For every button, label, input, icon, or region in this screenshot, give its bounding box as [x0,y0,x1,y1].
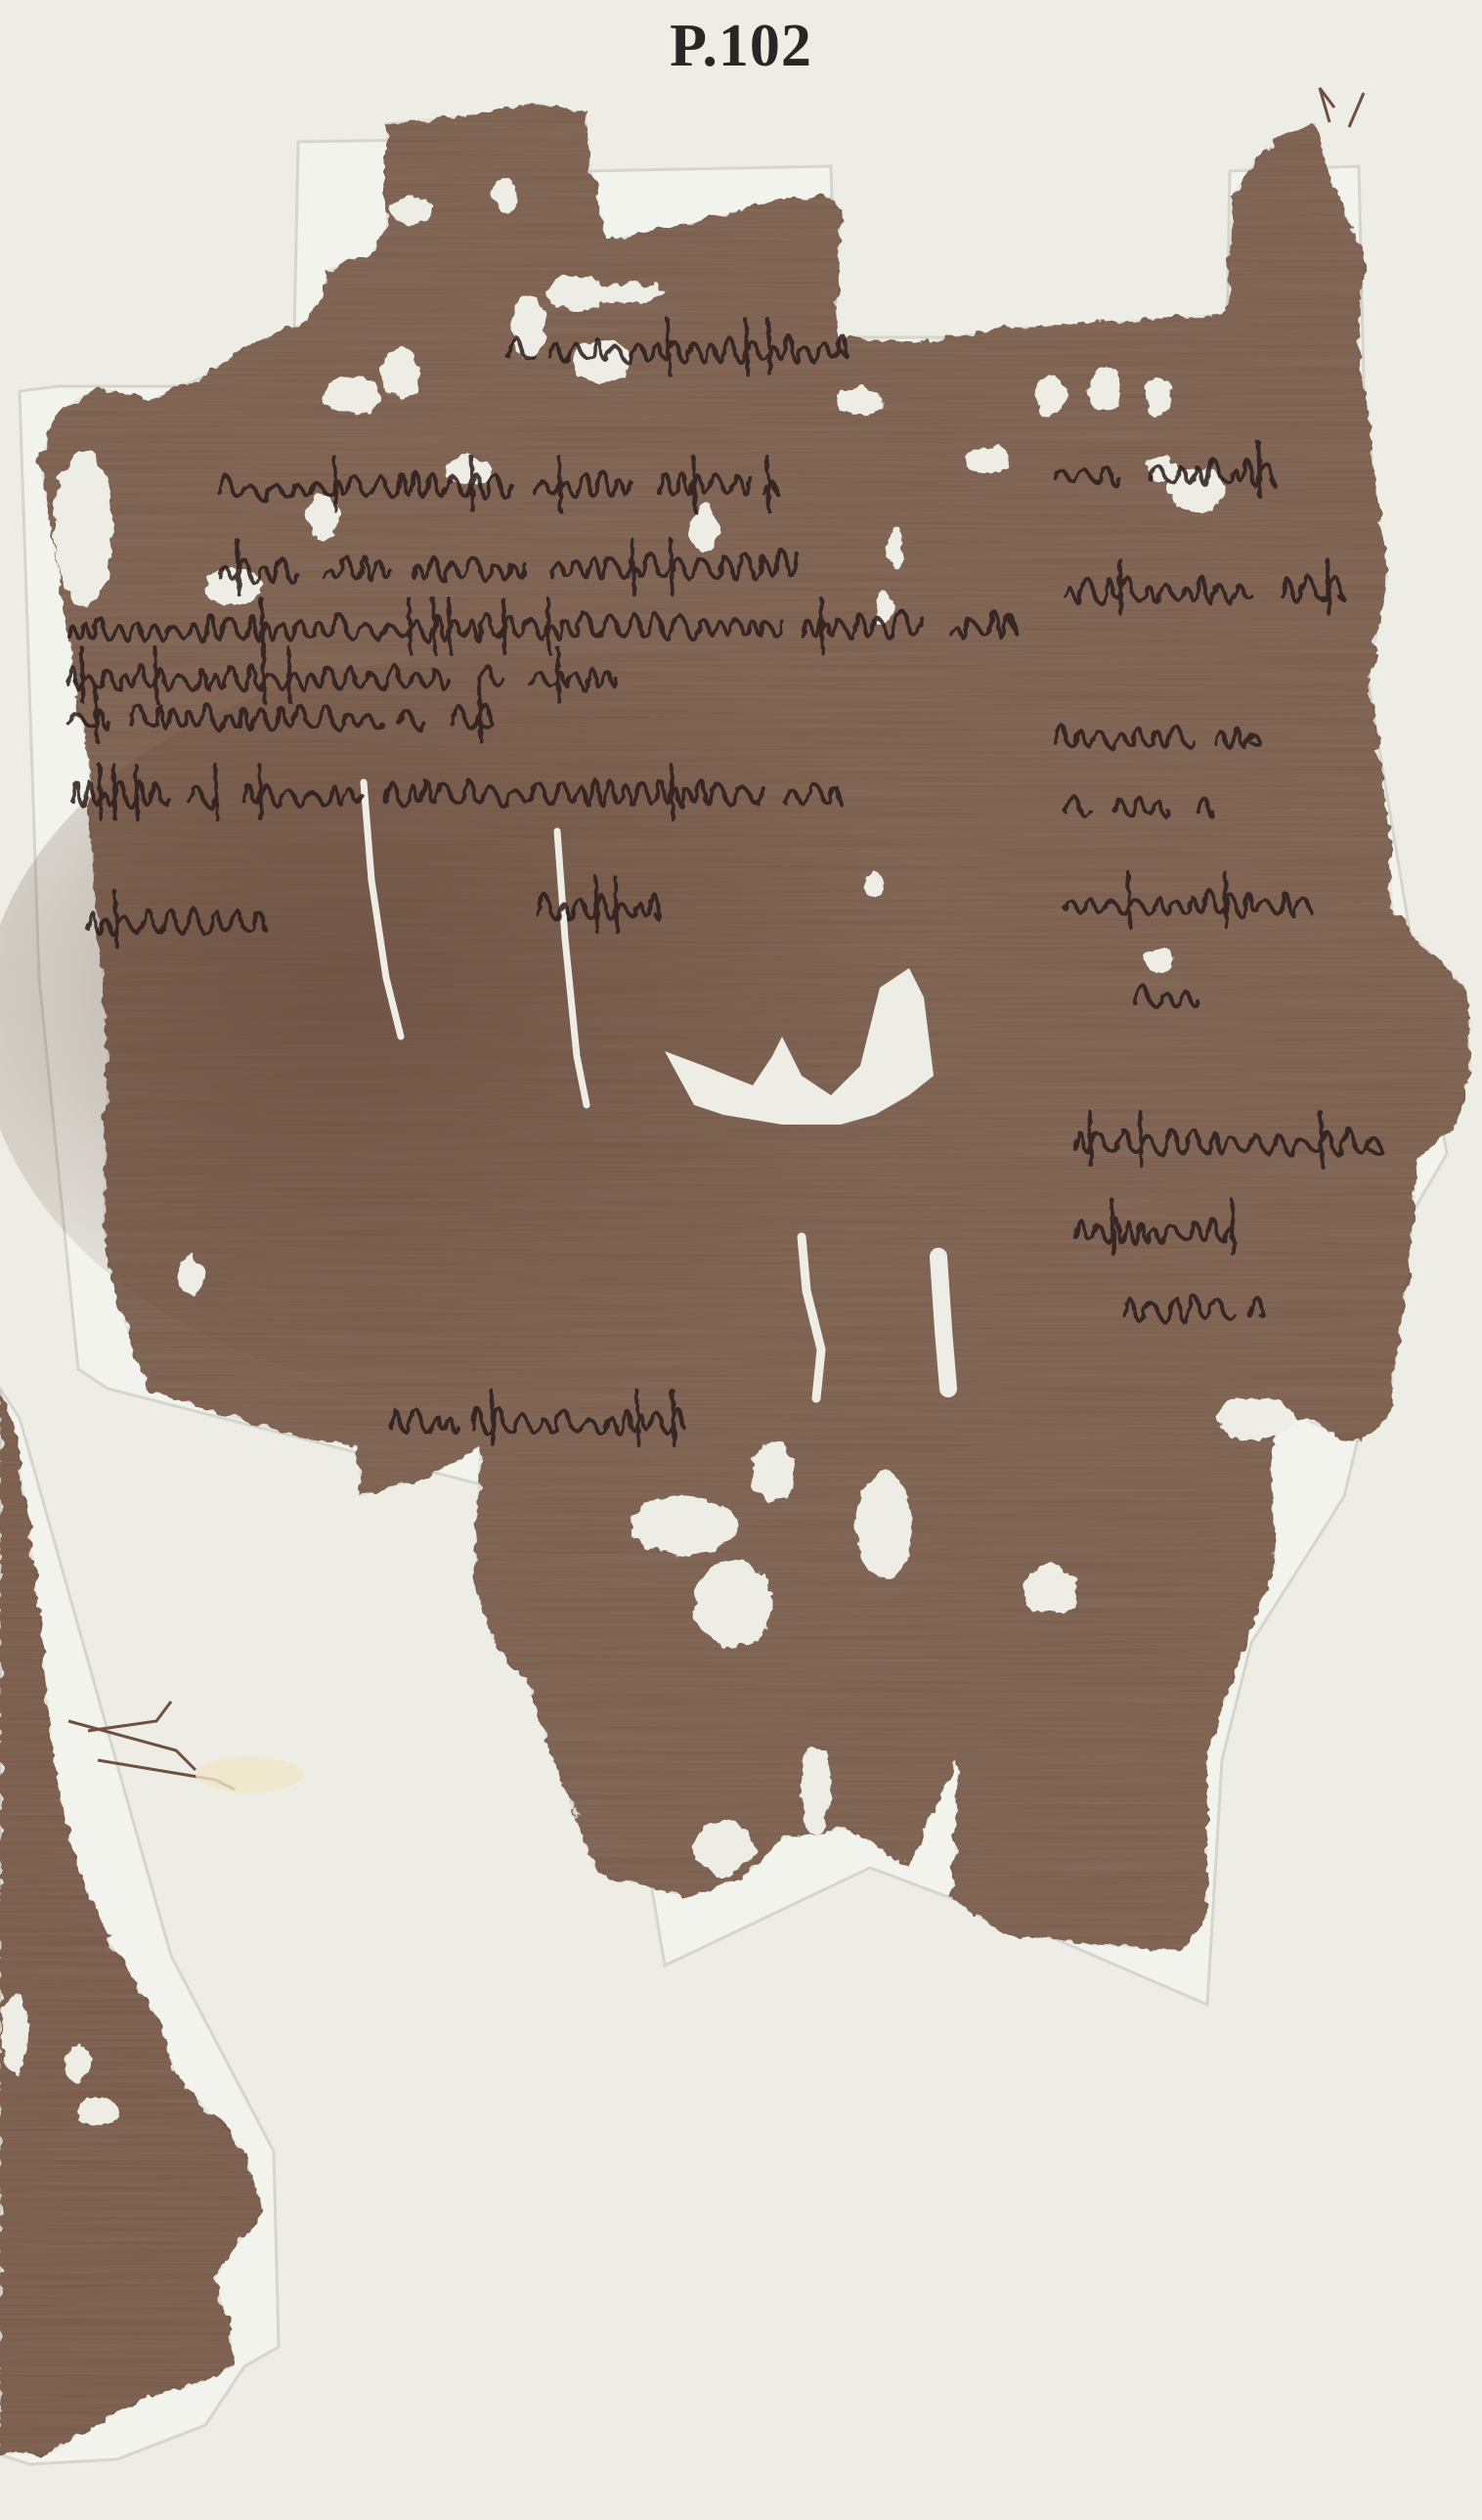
lacuna-hole [179,1255,202,1298]
adhesive-stain [196,1757,303,1792]
lacuna-hole [966,446,1009,473]
lacuna-hole [694,1560,772,1648]
lacuna-hole [76,2099,119,2126]
lacuna-hole [751,1442,794,1501]
papyrus-crack [938,1257,948,1389]
lacuna-hole [54,450,112,606]
papyrus-dark-stain [0,655,997,1398]
lacuna-hole [65,2044,92,2083]
lacuna-hole [1024,1565,1078,1614]
lacuna-hole [510,298,545,357]
lacuna-hole [307,495,338,542]
lacuna-hole [389,196,432,225]
lacuna-hole [1217,1396,1295,1439]
lacuna-hole [865,873,885,897]
lacuna-hole [207,567,262,606]
lacuna-hole [1037,376,1065,416]
papyrus-photograph [0,0,1482,2520]
lacuna-hole [490,178,517,213]
lacuna-hole [1,1995,28,2073]
lacuna-hole [1145,376,1172,416]
lacuna-hole [587,282,665,305]
lacuna-hole [1145,949,1172,972]
lacuna-hole [887,526,902,569]
lacuna-hole [1089,370,1120,413]
papyrus-main-fibres [0,103,1471,1951]
lacuna-hole [839,387,882,419]
lacuna-hole [325,376,379,416]
lacuna-hole [631,1496,738,1555]
lacuna-hole [381,346,420,397]
lacuna-hole [802,1746,831,1834]
lacuna-hole [857,1472,912,1579]
lacuna-hole [694,1821,753,1876]
